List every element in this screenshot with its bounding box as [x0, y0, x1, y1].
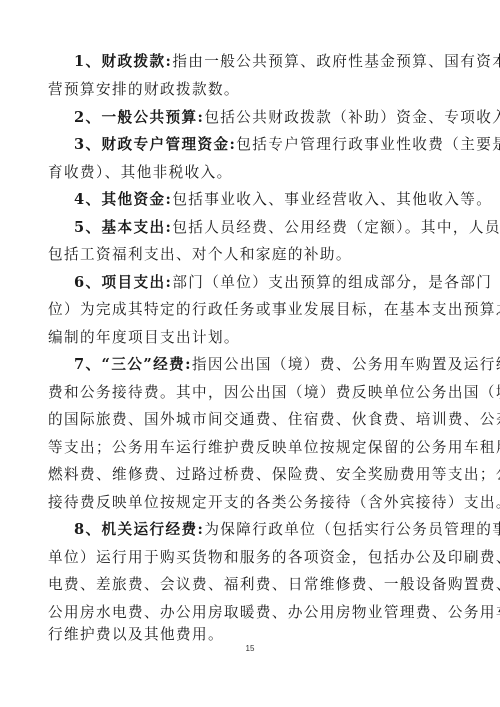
document-page: 1、财政拨款:指由一般公共预算、政府性基金预算、国有资本经 营预算安排的财政拨款… — [0, 0, 500, 707]
item-5-line-2: 包括工资福利支出、对个人和家庭的补助。 — [48, 245, 452, 265]
item-7-line-4: 等支出；公务用车运行维护费反映单位按规定保留的公务用车租用费、 — [48, 438, 452, 458]
item-1-line-1: 1、财政拨款:指由一般公共预算、政府性基金预算、国有资本经 — [74, 52, 452, 72]
item-2-term: 2、一般公共预算: — [74, 109, 204, 126]
item-3-line-1: 3、财政专户管理资金:包括专户管理行政事业性收费（主要是教 — [74, 135, 452, 155]
item-8-term: 8、机关运行经费: — [74, 521, 204, 538]
item-7-line-5: 燃料费、维修费、过路过桥费、保险费、安全奖励费用等支出；公务 — [48, 465, 452, 485]
item-7-line-6: 接待费反映单位按规定开支的各类公务接待（含外宾接待）支出。 — [48, 493, 452, 513]
item-3-term: 3、财政专户管理资金: — [74, 136, 236, 153]
item-1-line-2: 营预算安排的财政拨款数。 — [48, 80, 452, 100]
item-7-line-1: 7、“三公”经费:指因公出国（境）费、公务用车购置及运行维护 — [74, 355, 452, 375]
item-8-line-3: 电费、差旅费、会议费、福利费、日常维修费、一般设备购置费、办 — [48, 575, 452, 595]
item-6-line-1: 6、项目支出:部门（单位）支出预算的组成部分，是各部门（单 — [74, 273, 452, 293]
page-number: 15 — [0, 644, 500, 653]
item-6-line-2: 位）为完成其特定的行政任务或事业发展目标，在基本支出预算之外 — [48, 300, 452, 320]
item-3-line-2: 育收费）、其他非税收入。 — [48, 163, 452, 183]
item-6-term: 6、项目支出: — [74, 274, 172, 291]
item-5-line-1: 5、基本支出:包括人员经费、公用经费（定额）。其中，人员经费 — [74, 218, 452, 238]
item-1-term: 1、财政拨款: — [74, 53, 172, 70]
item-2-line-1: 2、一般公共预算:包括公共财政拨款（补助）资金、专项收入。 — [74, 108, 452, 128]
item-4-term: 4、其他资金: — [74, 191, 172, 208]
item-8-line-2: 单位）运行用于购买货物和服务的各项资金，包括办公及印刷费、邮 — [48, 548, 452, 568]
item-6-line-3: 编制的年度项目支出计划。 — [48, 328, 452, 348]
item-5-term: 5、基本支出: — [74, 219, 172, 236]
item-7-line-3: 的国际旅费、国外城市间交通费、住宿费、伙食费、培训费、公杂费 — [48, 410, 452, 430]
item-8-line-1: 8、机关运行经费:为保障行政单位（包括实行公务员管理的事业 — [74, 520, 452, 540]
item-8-line-5: 行维护费以及其他费用。 — [48, 625, 452, 645]
item-4-line-1: 4、其他资金:包括事业收入、事业经营收入、其他收入等。 — [74, 190, 452, 210]
item-7-line-2: 费和公务接待费。其中，因公出国（境）费反映单位公务出国（境） — [48, 383, 452, 403]
item-8-line-4: 公用房水电费、办公用房取暖费、办公用房物业管理费、公务用车运 — [48, 603, 452, 623]
item-7-term: 7、“三公”经费: — [74, 356, 192, 373]
